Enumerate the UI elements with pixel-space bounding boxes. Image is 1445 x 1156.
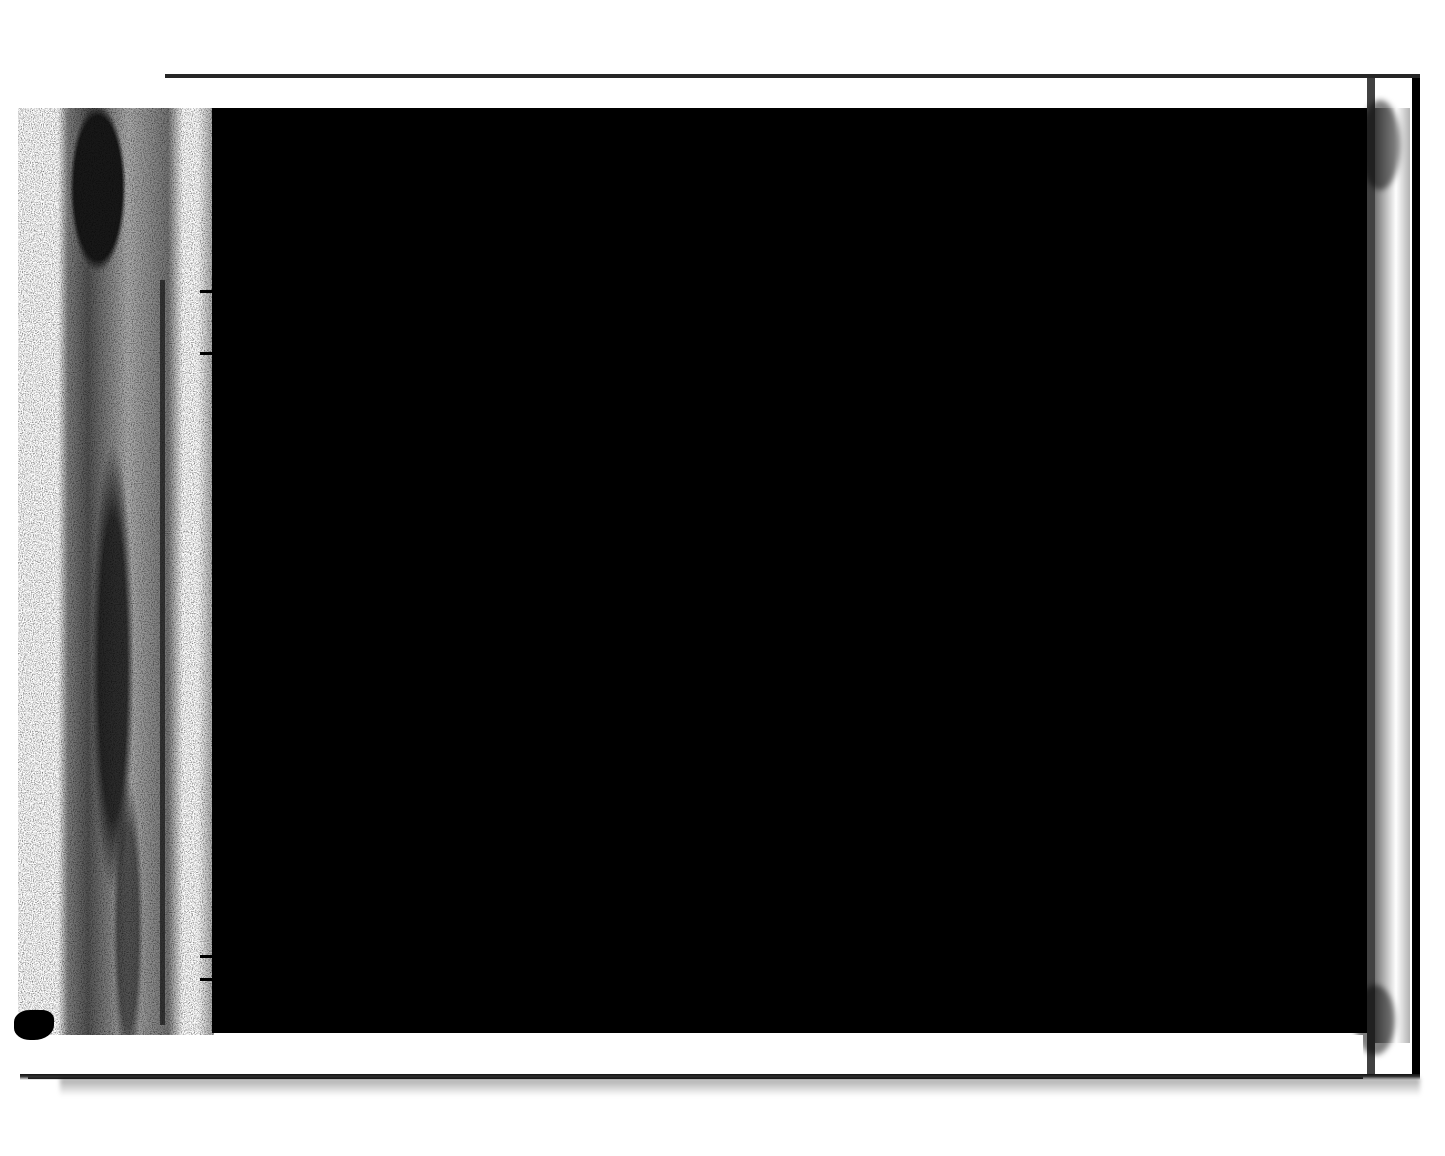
frame-right-outer-edge bbox=[1412, 78, 1420, 1076]
frame-notch-mark bbox=[200, 978, 214, 981]
frame-bottom-shadow bbox=[60, 1078, 1420, 1096]
film-frame-canvas bbox=[0, 0, 1445, 1156]
frame-right-grunge-edge bbox=[1375, 108, 1410, 1043]
frame-left-noise-texture bbox=[18, 108, 214, 1036]
frame-notch-mark bbox=[200, 955, 214, 958]
frame-right-inner-edge bbox=[1367, 78, 1375, 1076]
frame-left-edge-line bbox=[160, 280, 165, 1025]
frame-notch-mark bbox=[200, 290, 214, 293]
frame-bottom-bar bbox=[28, 1035, 1363, 1079]
black-image-field bbox=[212, 108, 1367, 1033]
frame-top-rule bbox=[165, 74, 1420, 78]
frame-notch-mark bbox=[200, 352, 214, 355]
frame-corner-grunge bbox=[14, 1010, 54, 1040]
frame-corner-grunge bbox=[1360, 100, 1400, 190]
